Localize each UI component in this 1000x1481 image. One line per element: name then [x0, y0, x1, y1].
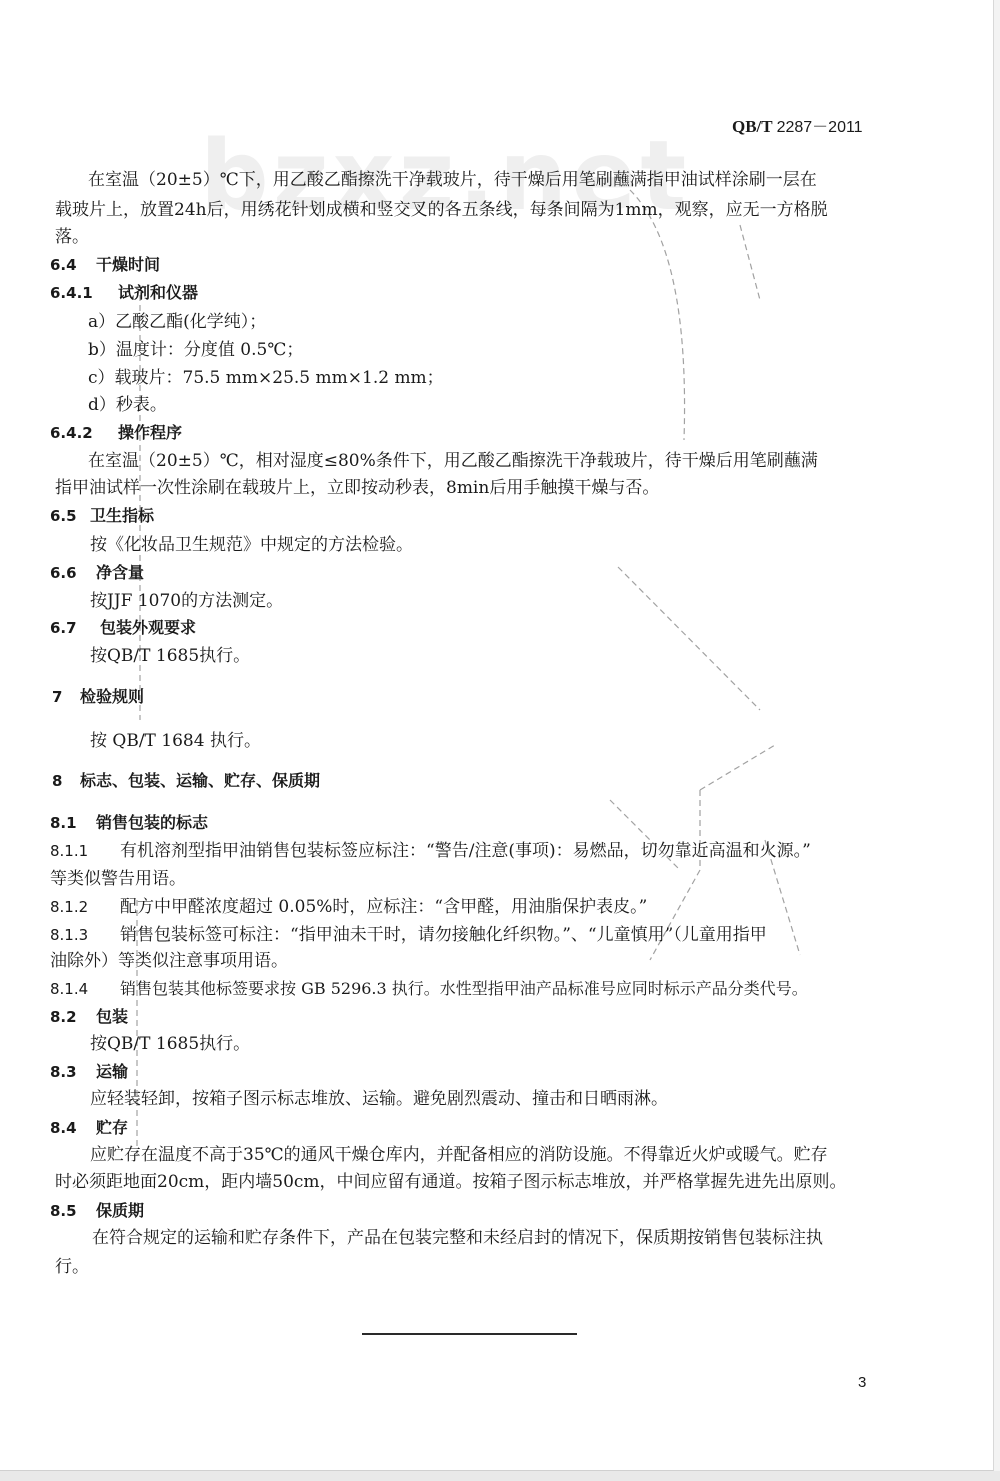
- paragraph-line: 按JJF 1070的方法测定。: [90, 591, 283, 611]
- section-heading-8-3: 8.3运输: [50, 1062, 128, 1082]
- list-item: a）乙酸乙酯(化学纯）；: [88, 312, 266, 332]
- paragraph-line: 按QB/T 1685执行。: [90, 646, 250, 666]
- section-heading-6-4-1: 6.4.1试剂和仪器: [50, 283, 198, 303]
- section-heading-8-2: 8.2包装: [50, 1007, 128, 1027]
- paragraph-line: 按 QB/T 1684 执行。: [90, 731, 261, 751]
- viewer-right-edge: [994, 0, 1000, 1481]
- section-heading-6-6: 6.6净含量: [50, 563, 144, 583]
- list-item: d）秒表。: [88, 395, 167, 415]
- section-heading-8: 8标志、包装、运输、贮存、保质期: [52, 771, 320, 791]
- section-heading-6-4-2: 6.4.2操作程序: [50, 423, 182, 443]
- paragraph-line: 落。: [55, 227, 89, 247]
- viewer-bottom-edge: [0, 1471, 1000, 1481]
- paragraph-line: 应轻装轻卸，按箱子图示标志堆放、运输。避免剧烈震动、撞击和日晒雨淋。: [90, 1089, 668, 1109]
- paragraph-line: 在室温（20±5）℃，相对湿度≤80%条件下，用乙酸乙酯擦洗干净载玻片，待干燥后…: [88, 451, 818, 471]
- section-heading-6-7: 6.7包装外观要求: [50, 618, 196, 638]
- paragraph-line: 等类似警告用语。: [50, 869, 186, 889]
- section-heading-8-4: 8.4贮存: [50, 1118, 128, 1138]
- paragraph-line: 油除外）等类似注意事项用语。: [50, 951, 288, 971]
- clause-8-1-1: 8.1.1有机溶剂型指甲油销售包装标签应标注：“警告/注意(事项)：易燃品，切勿…: [50, 841, 811, 861]
- paragraph-line: 载玻片上，放置24h后，用绣花针划成横和竖交叉的各五条线，每条间隔为1mm，观察…: [55, 200, 828, 220]
- page-number: 3: [858, 1374, 866, 1391]
- end-rule: [362, 1333, 577, 1335]
- list-item: b）温度计：分度值 0.5℃；: [88, 340, 303, 360]
- standard-number-header: QB/T 2287－2011: [732, 114, 863, 137]
- clause-8-1-4: 8.1.4销售包装其他标签要求按 GB 5296.3 执行。水性型指甲油产品标准…: [50, 979, 808, 999]
- paragraph-line: 应贮存在温度不高于35℃的通风干燥仓库内，并配备相应的消防设施。不得靠近火炉或暖…: [90, 1145, 828, 1165]
- paragraph-line: 指甲油试样一次性涂刷在载玻片上，立即按动秒表，8min后用手触摸干燥与否。: [55, 478, 659, 498]
- paragraph-line: 时必须距地面20cm，距内墙50cm，中间应留有通道。按箱子图示标志堆放，并严格…: [55, 1172, 847, 1192]
- list-item: c）载玻片：75.5 mm×25.5 mm×1.2 mm；: [88, 368, 444, 388]
- section-heading-8-5: 8.5保质期: [50, 1201, 144, 1221]
- paragraph-line: 行。: [55, 1257, 89, 1277]
- paragraph-line: 按QB/T 1685执行。: [90, 1034, 250, 1054]
- paragraph-line: 在符合规定的运输和贮存条件下，产品在包装完整和未经启封的情况下，保质期按销售包装…: [92, 1228, 823, 1248]
- clause-8-1-2: 8.1.2配方中甲醛浓度超过 0.05%时，应标注：“含甲醛，用油脂保护表皮。”: [50, 897, 647, 917]
- section-heading-7: 7检验规则: [52, 687, 144, 707]
- paragraph-line: 按《化妆品卫生规范》中规定的方法检验。: [90, 535, 413, 555]
- section-heading-8-1: 8.1销售包装的标志: [50, 813, 208, 833]
- standard-code: QB/T: [732, 117, 772, 136]
- clause-8-1-3: 8.1.3销售包装标签可标注：“指甲油未干时，请勿接触化纤织物。”、“儿童慎用”…: [50, 925, 767, 945]
- section-heading-6-5: 6.5卫生指标: [50, 506, 154, 526]
- paragraph-line: 在室温（20±5）℃下，用乙酸乙酯擦洗干净载玻片，待干燥后用笔刷蘸满指甲油试样涂…: [88, 170, 817, 190]
- standard-year: 2287－2011: [777, 119, 863, 136]
- section-heading-6-4: 6.4干燥时间: [50, 255, 160, 275]
